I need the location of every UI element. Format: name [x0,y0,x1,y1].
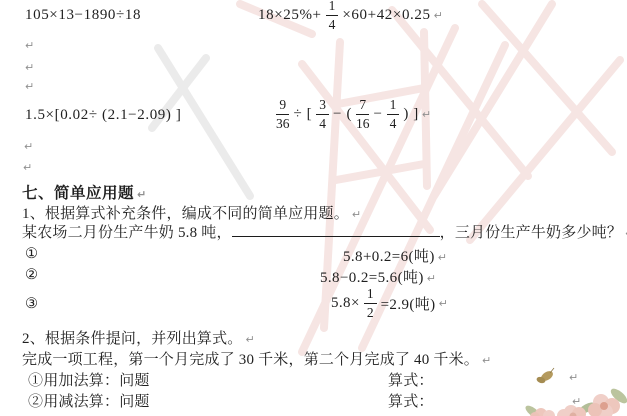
fraction-denominator: 16 [356,115,370,131]
fraction-denominator: 36 [276,115,290,131]
flower-middle [557,405,586,416]
paragraph-mark-icon: ↵ [137,188,146,201]
question2-row2-label: ②用减法算：问题 [28,390,150,411]
item1-equation: 5.8+0.2=6(吨)↵ [343,245,447,266]
question2-row1-formula-label: 算式： [388,369,434,390]
fraction-3-4: 3 4 [316,98,329,130]
paragraph-mark-icon: ↵ [427,272,436,285]
question2-intro: 2、根据条件提问，并列出算式。↵ [22,327,255,348]
worksheet-page: 105×13−1890÷18 18×25%+ 1 4 ×60+42×0.25 ↵… [0,0,627,416]
question1-stem-pre: 某农场二月份生产牛奶 5.8 吨， [22,225,232,241]
expression-2-post: ×60+42×0.25 [342,7,430,24]
question2-stem-text: 完成一项工程，第一个月完成了 30 千米，第二个月完成了 40 千米。 [22,352,479,368]
item2-equation: 5.8−0.2=5.6(吨)↵ [320,266,436,287]
paragraph-mark-icon: ↵ [25,39,34,52]
document-content: 105×13−1890÷18 18×25%+ 1 4 ×60+42×0.25 ↵… [0,0,627,416]
expression-4: 9 36 ÷ [ 3 4 − ( 7 16 − 1 4 ) ] ↵ [272,97,431,131]
paragraph-mark-icon: ↵ [246,333,255,346]
item3-equation: 5.8× 1 2 =2.9(吨) ↵ [331,287,448,319]
paragraph-mark-icon: ↵ [422,108,431,121]
fraction-1-4: 1 4 [326,0,339,31]
expression-4-sep1: ÷ [ [294,106,313,123]
question2-intro-text: 2、根据条件提问，并列出算式。 [22,331,243,347]
paragraph-mark-icon: ↵ [438,251,447,264]
paragraph-mark-icon: ↵ [25,61,34,74]
fraction-denominator: 4 [329,16,336,32]
expression-1: 105×13−1890÷18 [25,7,141,24]
expression-4-sep2: − ( [333,106,352,123]
fraction-denominator: 4 [319,115,326,131]
fraction-numerator: 1 [387,98,400,115]
butterfly-icon [536,368,555,384]
expression-1-text: 105×13−1890÷18 [25,7,141,23]
question1-stem: 某农场二月份生产牛奶 5.8 吨，，三月份生产牛奶多少吨？↵ [22,221,627,242]
fraction-numerator: 1 [364,287,377,304]
question2-stem: 完成一项工程，第一个月完成了 30 千米，第二个月完成了 40 千米。↵ [22,348,491,369]
question1-intro-text: 1、根据算式补充条件，编成不同的简单应用题。 [22,206,349,222]
paragraph-mark-icon: ↵ [24,140,33,153]
expression-3: 1.5×[0.02÷ (2.1−2.09) ] [25,107,181,124]
fraction-numerator: 9 [276,98,289,115]
item1-equation-text: 5.8+0.2=6(吨) [343,249,435,265]
paragraph-mark-icon: ↵ [439,297,448,310]
paragraph-mark-icon: ↵ [482,354,491,367]
fraction-numerator: 7 [356,98,369,115]
item1-marker: ① [25,246,38,263]
section-heading-text: 七、简单应用题 [22,185,134,202]
paragraph-mark-icon: ↵ [352,208,361,221]
fraction-numerator: 1 [326,0,339,16]
item3-marker: ③ [25,296,38,313]
question1-intro: 1、根据算式补充条件，编成不同的简单应用题。↵ [22,202,361,223]
item3-equation-post: =2.9(吨) [381,293,436,314]
expression-3-text: 1.5×[0.02÷ (2.1−2.09) ] [25,107,181,123]
paragraph-mark-icon: ↵ [434,9,443,22]
expression-2: 18×25%+ 1 4 ×60+42×0.25 ↵ [258,0,443,30]
question1-stem-post: ，三月份生产牛奶多少吨？ [440,225,622,241]
question2-row1-label: ①用加法算：问题 [28,369,150,390]
fraction-denominator: 4 [390,115,397,131]
fraction-1-2: 1 2 [364,287,377,319]
item3-equation-pre: 5.8× [331,295,360,312]
question2-row2-formula-label: 算式： [388,390,434,411]
corner-flower-decoration [515,364,627,416]
section-heading: 七、简单应用题↵ [22,181,146,203]
fraction-9-36: 9 36 [276,98,290,130]
item2-marker: ② [25,267,38,284]
expression-4-sep3: − [374,106,383,123]
expression-4-sep4: ) ] [403,106,419,123]
fraction-numerator: 3 [316,98,329,115]
item2-equation-text: 5.8−0.2=5.6(吨) [320,270,424,286]
fraction-denominator: 2 [367,304,374,320]
fraction-1-4: 1 4 [387,98,400,130]
fill-in-blank-line [232,222,440,237]
paragraph-mark-icon: ↵ [25,80,34,93]
fraction-7-16: 7 16 [356,98,370,130]
paragraph-mark-icon: ↵ [23,161,32,174]
expression-2-pre: 18×25%+ [258,7,322,24]
